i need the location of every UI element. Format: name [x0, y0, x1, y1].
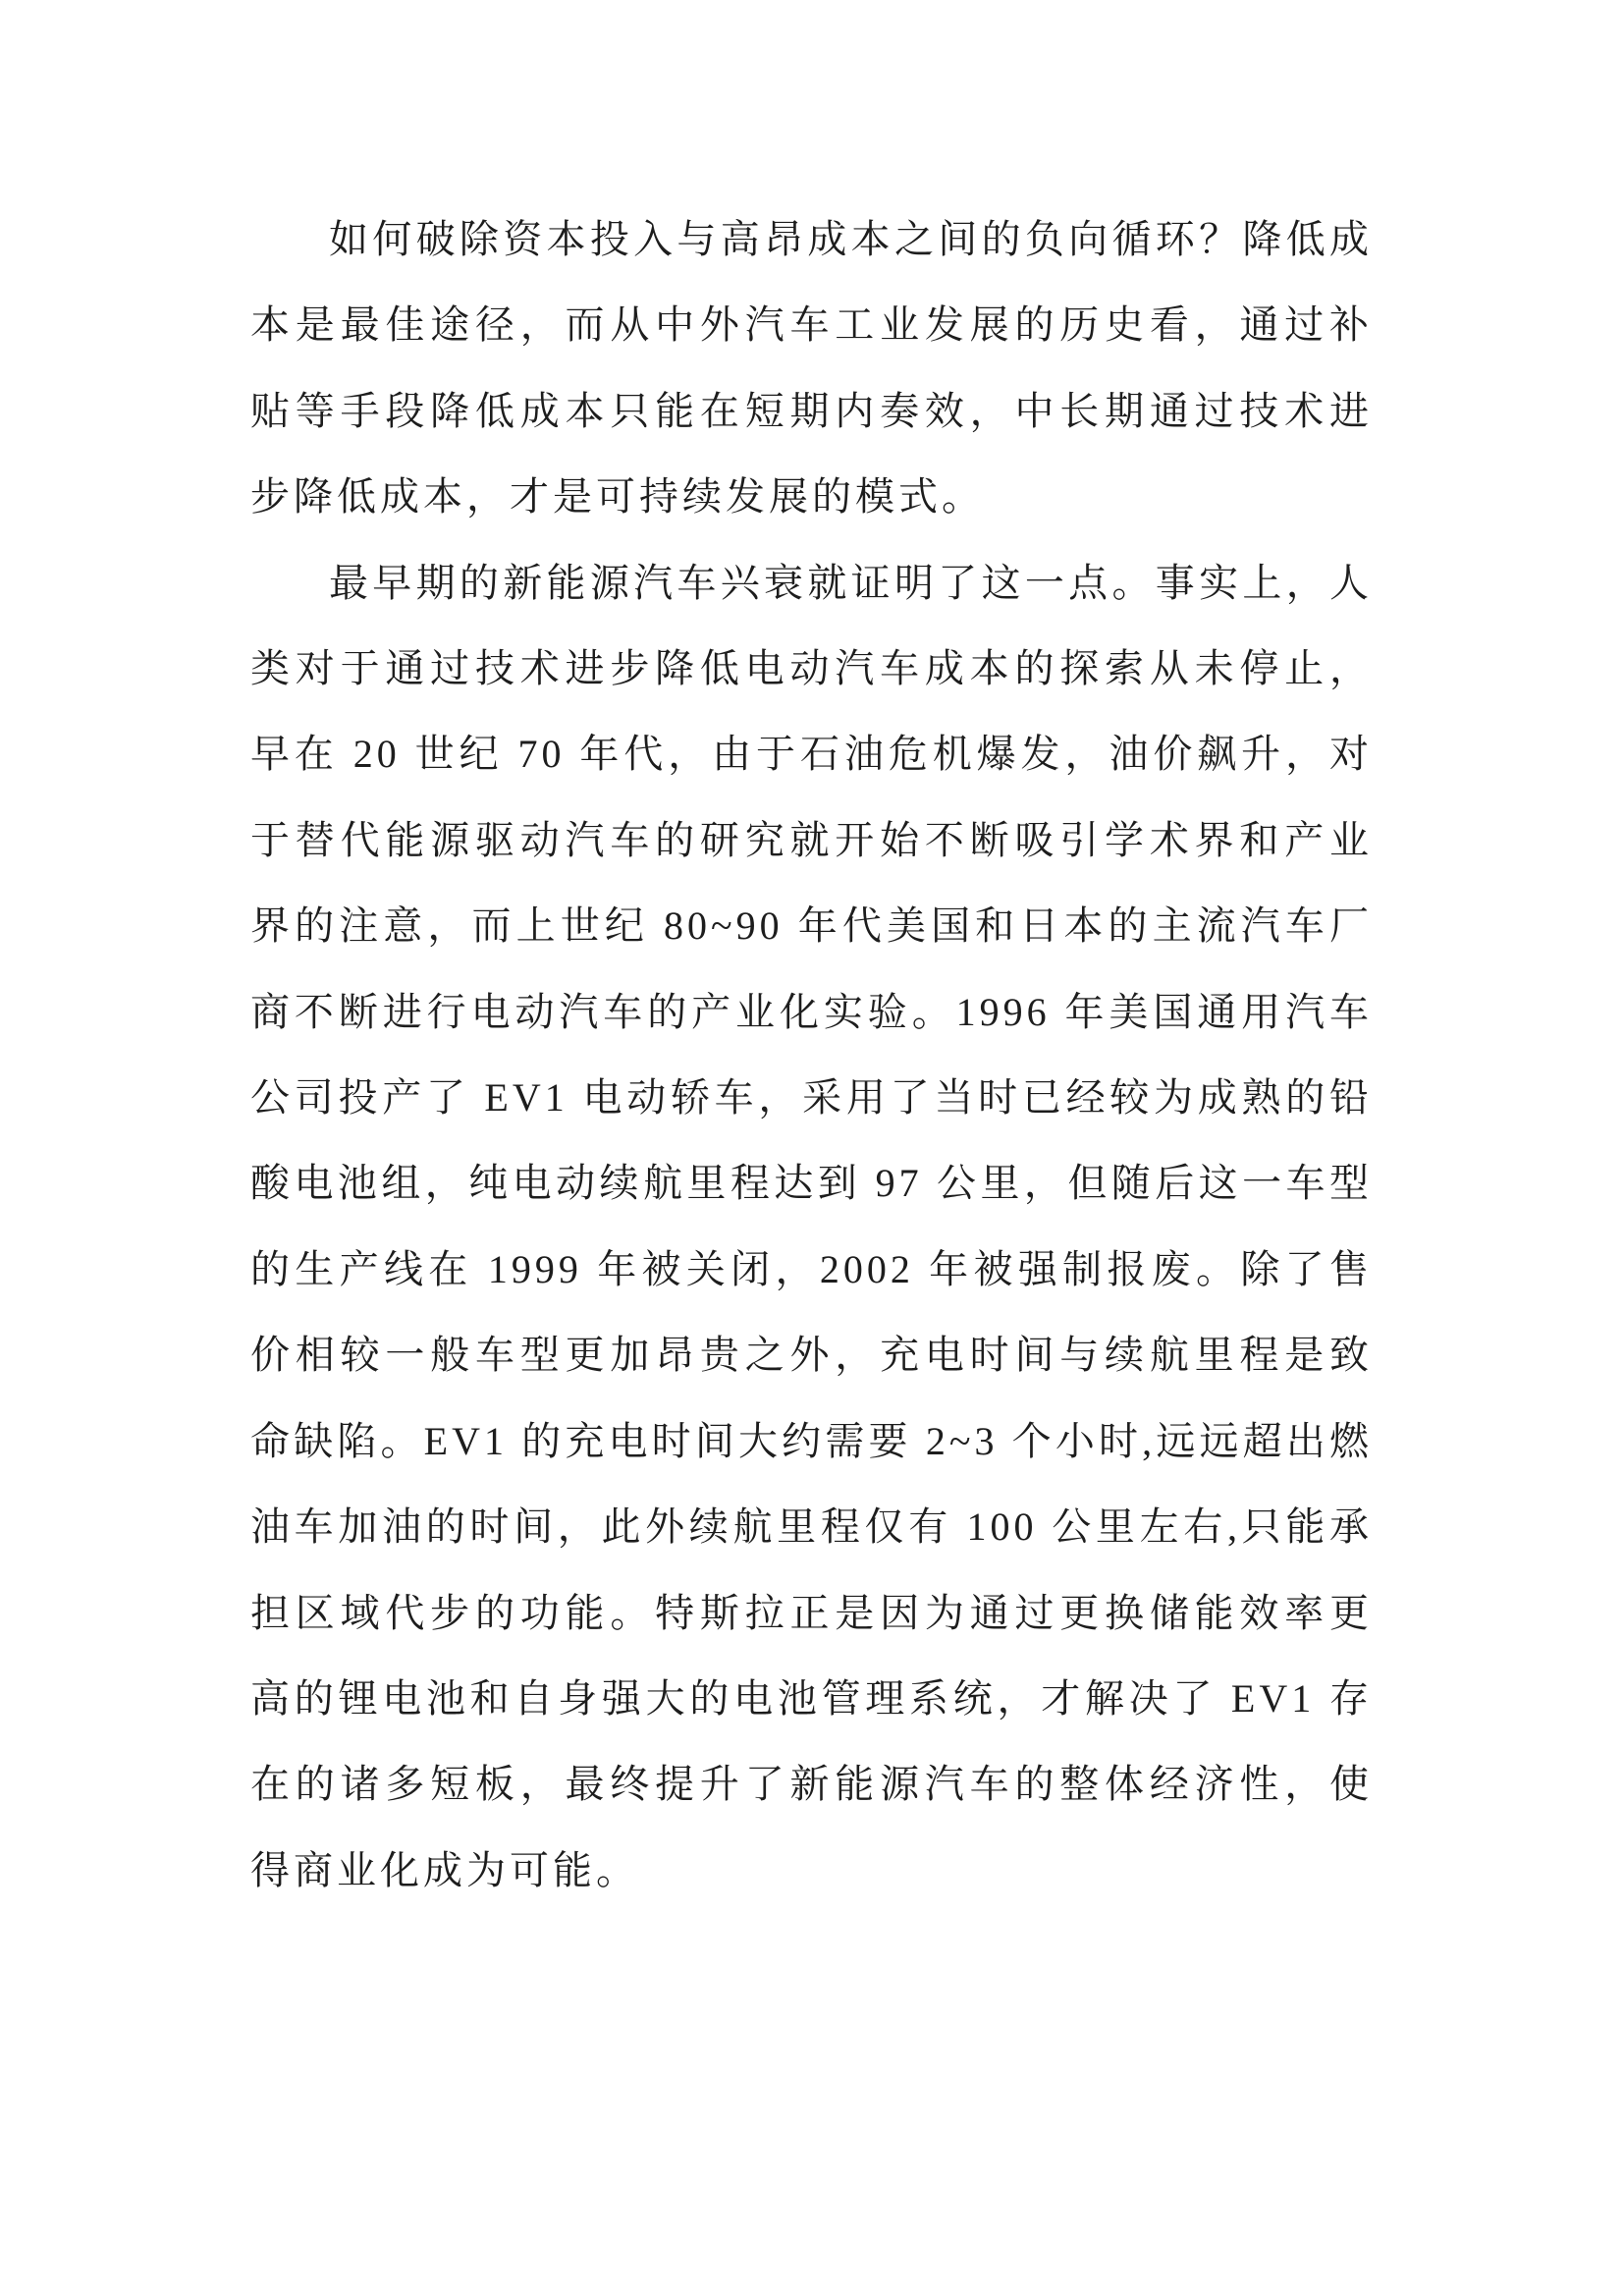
paragraph: 最早期的新能源汽车兴衰就证明了这一点。事实上，人类对于通过技术进步降低电动汽车成…: [250, 540, 1373, 1914]
document-page: 如何破除资本投入与高昂成本之间的负向循环？降低成本是最佳途径，而从中外汽车工业发…: [0, 0, 1623, 2296]
paragraph: 如何破除资本投入与高昂成本之间的负向循环？降低成本是最佳途径，而从中外汽车工业发…: [250, 196, 1373, 540]
document-body: 如何破除资本投入与高昂成本之间的负向循环？降低成本是最佳途径，而从中外汽车工业发…: [250, 196, 1373, 1913]
